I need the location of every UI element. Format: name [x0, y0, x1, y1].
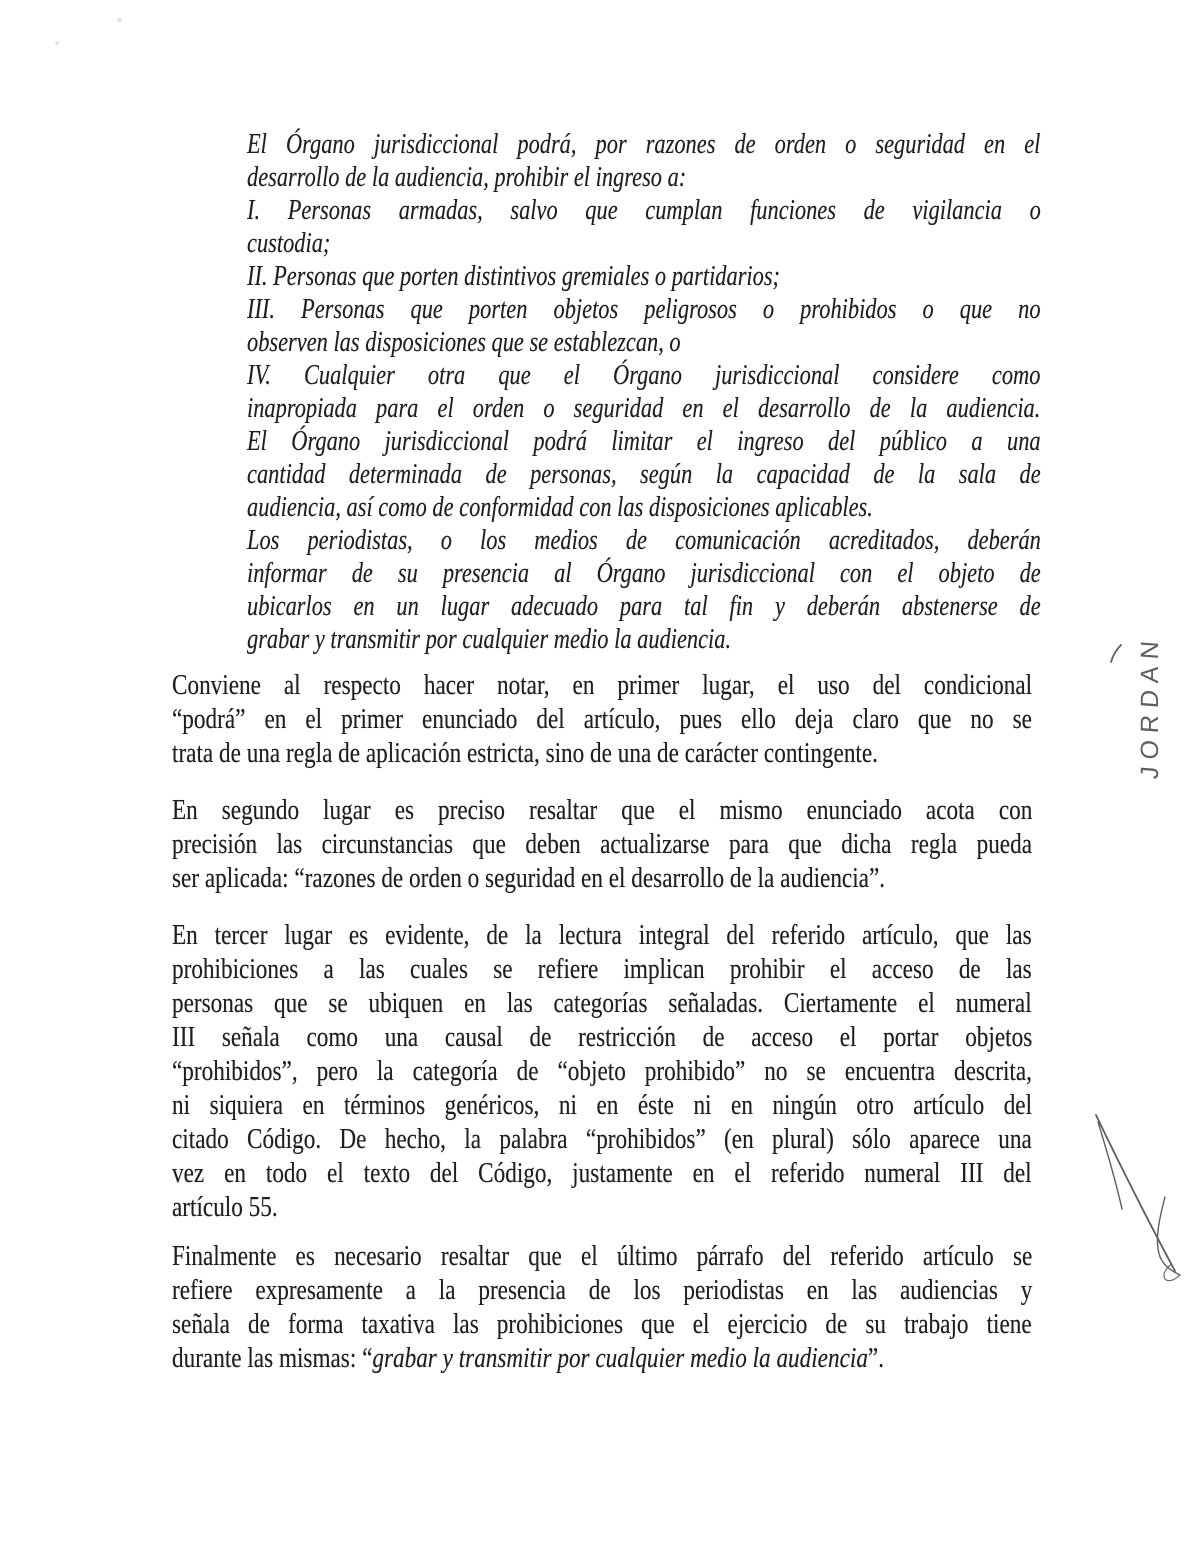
paragraph-en-tercer-lugar: En tercer lugar es evidente, de la lectu… [172, 918, 1032, 1224]
text-line: “podrá” en el primer enunciado del artíc… [172, 702, 1032, 736]
text-line: señala de forma taxativa las prohibicion… [172, 1307, 1032, 1341]
text-line: trata de una regla de aplicación estrict… [172, 736, 1032, 770]
scan-speck [55, 41, 59, 45]
text-line: Los periodistas, o los medios de comunic… [247, 524, 1041, 557]
paragraph-conviene: Conviene al respecto hacer notar, en pri… [172, 668, 1032, 770]
text-line: Conviene al respecto hacer notar, en pri… [172, 668, 1032, 702]
handwritten-margin-note: JORDAN [1136, 633, 1165, 780]
handwritten-flourish-mark-icon [1068, 1078, 1198, 1298]
text-line: II. Personas que porten distintivos grem… [247, 260, 1041, 293]
text-line: informar de su presencia al Órgano juris… [247, 557, 1041, 590]
text-line: refiere expresamente a la presencia de l… [172, 1273, 1032, 1307]
text-line: ubicarlos en un lugar adecuado para tal … [247, 590, 1041, 623]
paragraph-en-segundo-lugar: En segundo lugar es preciso resaltar que… [172, 793, 1032, 895]
text-line: audiencia, así como de conformidad con l… [247, 491, 1041, 524]
block-quote-article-text: El Órgano jurisdiccional podrá, por razo… [247, 128, 1041, 656]
text-line: ser aplicada: “razones de orden o seguri… [172, 861, 1032, 895]
text-line: “prohibidos”, pero la categoría de “obje… [172, 1054, 1032, 1088]
text-line: III señala como una causal de restricció… [172, 1020, 1032, 1054]
text-line: observen las disposiciones que se establ… [247, 326, 1041, 359]
text-line: grabar y transmitir por cualquier medio … [247, 623, 1041, 656]
text-line: citado Código. De hecho, la palabra “pro… [172, 1122, 1032, 1156]
text-line: El Órgano jurisdiccional podrá, por razo… [247, 128, 1041, 161]
text-line: III. Personas que porten objetos peligro… [247, 293, 1041, 326]
text-line: I. Personas armadas, salvo que cumplan f… [247, 194, 1041, 227]
text-line: precisión las circunstancias que deben a… [172, 827, 1032, 861]
text-line: En tercer lugar es evidente, de la lectu… [172, 918, 1032, 952]
text-line: IV. Cualquier otra que el Órgano jurisdi… [247, 359, 1041, 392]
text-line: custodia; [247, 227, 1041, 260]
text-line: El Órgano jurisdiccional podrá limitar e… [247, 425, 1041, 458]
scanned-document-page: El Órgano jurisdiccional podrá, por razo… [0, 0, 1200, 1551]
text-line: Finalmente es necesario resaltar que el … [172, 1239, 1032, 1273]
text-line: vez en todo el texto del Código, justame… [172, 1156, 1032, 1190]
text-line: durante las mismas: “grabar y transmitir… [172, 1341, 1032, 1375]
text-line: prohibiciones a las cuales se refiere im… [172, 952, 1032, 986]
text-line: desarrollo de la audiencia, prohibir el … [247, 161, 1041, 194]
text-line: inapropiada para el orden o seguridad en… [247, 392, 1041, 425]
text-line: cantidad determinada de personas, según … [247, 458, 1041, 491]
text-line: personas que se ubiquen en las categoría… [172, 986, 1032, 1020]
handwritten-tick-icon [1106, 642, 1128, 668]
text-line: En segundo lugar es preciso resaltar que… [172, 793, 1032, 827]
text-line: ni siquiera en términos genéricos, ni en… [172, 1088, 1032, 1122]
scan-speck [117, 18, 122, 22]
text-line: artículo 55. [172, 1190, 1032, 1224]
paragraph-finalmente: Finalmente es necesario resaltar que el … [172, 1239, 1032, 1375]
